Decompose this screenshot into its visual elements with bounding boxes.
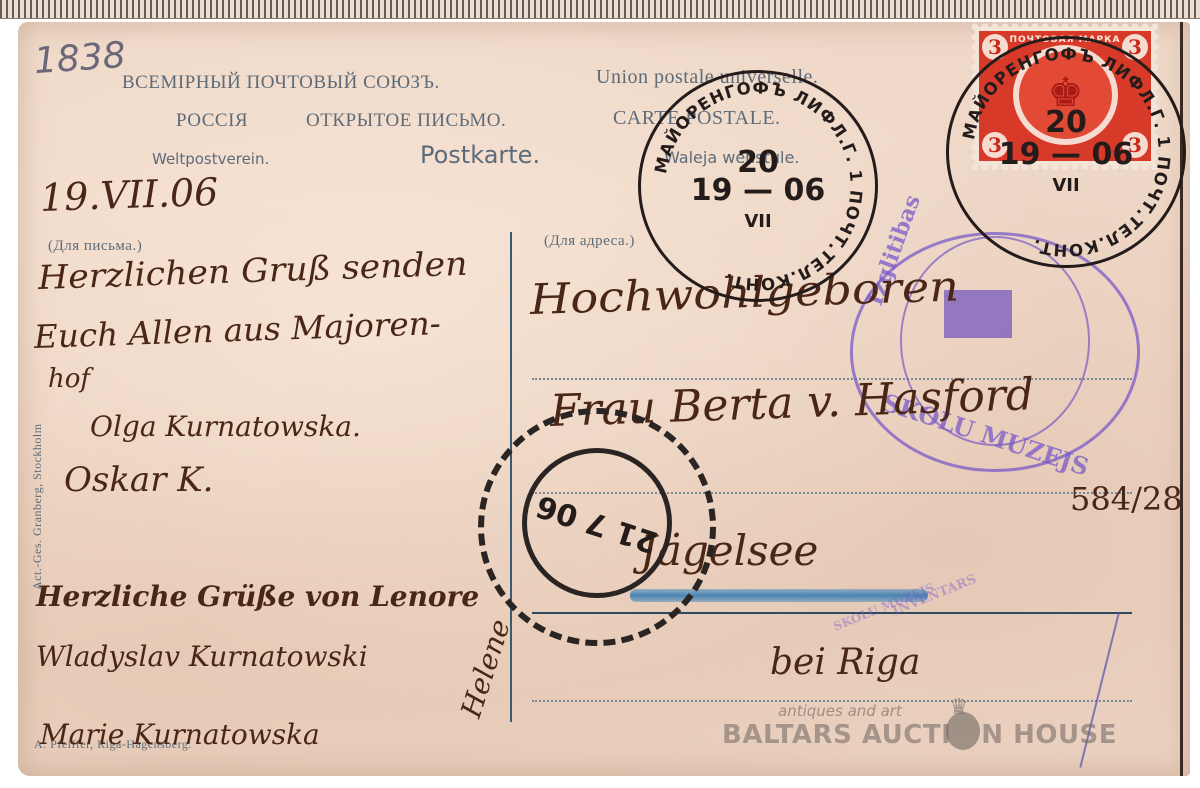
- message-section-label: (Для письма.): [48, 238, 142, 255]
- watermark-subtitle: antiques and art: [778, 702, 902, 720]
- message-line-5: Oskar K.: [64, 460, 213, 500]
- postmark-year-right: 06: [1091, 137, 1133, 172]
- postmark-majorenhof-2: МАЙОРЕНГОФЪ ЛИФЛ.Г. 1 ПОЧТ.ТЕЛ.КОНТ. 20 …: [946, 36, 1186, 268]
- postmark-day: 20: [949, 105, 1183, 140]
- message-lower-line-3: Marie Kurnatowska: [40, 718, 320, 751]
- header-ru-country: РОССІЯ: [176, 110, 248, 132]
- header-ru-card: ОТКРЫТОЕ ПИСЬМО.: [306, 110, 506, 132]
- address-section-label: (Для адреса.): [544, 233, 635, 250]
- message-line-3: hof: [48, 364, 90, 394]
- postmark-month: VII: [641, 211, 875, 232]
- postmark-month: VII: [949, 175, 1183, 196]
- message-line-4: Olga Kurnatowska.: [90, 410, 361, 443]
- postmark-year-left: 19: [691, 173, 733, 208]
- postmark-year: 19 — 06: [641, 173, 875, 208]
- publisher-imprint: Act.-Ges. Granberg, Stockholm: [30, 423, 45, 590]
- archive-number: 1838: [33, 35, 127, 82]
- postmark-year: 19 — 06: [949, 137, 1183, 172]
- postmark-majorenhof-1: МАЙОРЕНГОФЪ ЛИФЛ.Г. 1 ПОЧТ.ТЕЛ.КОНТ. 20 …: [638, 70, 878, 302]
- message-lower-line-1: Herzliche Grüße von Lenore: [36, 580, 479, 613]
- watermark-title: BALTARS AUCTIN HOUSE: [722, 720, 1117, 750]
- postmark-year-left: 19: [999, 137, 1041, 172]
- postmark-year-right: 06: [783, 173, 825, 208]
- scan-ruler: [0, 0, 1200, 19]
- header-de-union: Weltpostverein.: [152, 150, 269, 168]
- header-ru-union: ВСЕМІРНЫЙ ПОЧТОВЫЙ СОЮЗЪ.: [122, 72, 440, 94]
- arrival-postmark: 21 7 06: [478, 408, 716, 646]
- address-line-region: bei Riga: [770, 642, 920, 683]
- message-lower-line-2: Wladyslav Kurnatowski: [36, 640, 368, 673]
- watermark-title-left: BALTARS AUCTI: [722, 720, 951, 750]
- message-date: 19.VII.06: [39, 170, 219, 220]
- watermark-title-right: N HOUSE: [981, 720, 1117, 750]
- header-de-card: Postkarte.: [420, 141, 540, 169]
- inventory-number: 584/28: [1070, 480, 1183, 518]
